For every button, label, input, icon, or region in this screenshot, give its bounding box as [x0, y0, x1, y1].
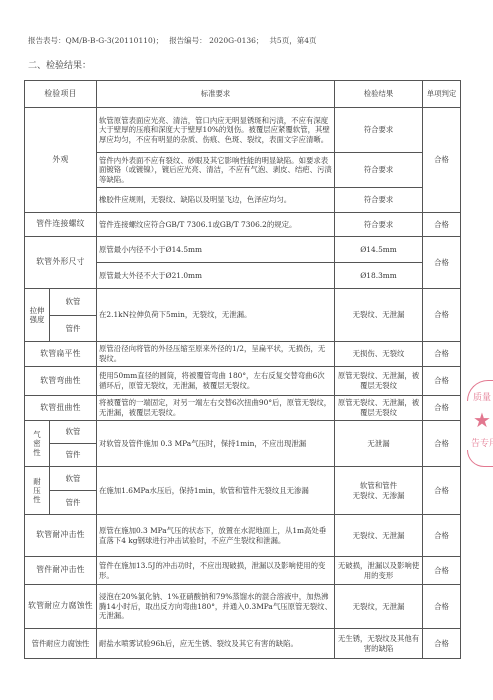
- report-header: 报告表号：QM/B-B-G-3(20110110)；报告编号： 2020G-01…: [28, 35, 322, 46]
- table-row: 管件耐冲击性 管件在施加13.5J的冲击功时，不应出现破损，泄漏以及影响使用的变…: [25, 557, 461, 585]
- result-cell: 无破损，泄漏以及影响使用的变形: [335, 557, 423, 585]
- result-cell: 无损伤、无裂纹: [335, 342, 423, 367]
- table-row: 气密性 软管 对软管及管件施加 0.3 MPa气压时，保持1min，不应出现泄漏…: [25, 421, 461, 444]
- verdict-cell: 合格: [423, 421, 461, 467]
- table-row: 软管扭曲性 将被覆管的一端固定，对另一端左右交替6次扭曲90°后，原管无裂纹，无…: [25, 396, 461, 421]
- verdict-cell: 合格: [423, 515, 461, 557]
- result-cell: 符合要求: [335, 213, 423, 237]
- requirement-cell: 在2.1kN拉伸负荷下5min，无裂纹，无泄漏。: [97, 289, 335, 342]
- result-cell: 软管和管件 无裂纹、无渗漏: [335, 467, 423, 515]
- table-row: 软管弯曲性 使用50mm直径的圆筒，将被覆管弯曲 180°，左右反复交替弯曲6次…: [25, 367, 461, 396]
- result-cell: 无裂纹，无泄漏: [335, 585, 423, 629]
- requirement-cell: 在施加1.6MPa水压后，保持1min，软管和管件无裂纹且无渗漏: [97, 467, 335, 515]
- item-fitting-impact: 管件耐冲击性: [25, 557, 97, 585]
- requirement-cell: 软管原管表面应光亮、清洁，管口内应无明显锈斑和污渍，不应有深度大于壁厚的压痕和深…: [97, 108, 335, 153]
- requirement-cell: 原管在施加0.3 MPa气压的状态下，放置在水泥地面上，从1m高处垂直落下4 k…: [97, 515, 335, 557]
- verdict-cell: 合格: [423, 108, 461, 213]
- table-row: 拉伸强度 软管 在2.1kN拉伸负荷下5min，无裂纹，无泄漏。 无裂纹、无泄漏…: [25, 289, 461, 316]
- item-flatness: 软管扁平性: [25, 342, 97, 367]
- item-tensile: 拉伸强度: [25, 289, 50, 342]
- inspection-results-table: 检验项目 标准要求 检验结果 单项判定 外观 软管原管表面应光亮、清洁，管口内应…: [24, 80, 461, 659]
- table-header-row: 检验项目 标准要求 检验结果 单项判定: [25, 81, 461, 108]
- sub-item-hose: 软管: [50, 421, 97, 444]
- item-appearance: 外观: [25, 108, 97, 213]
- table-row: 软管扁平性 原管沿径向将管的外径压缩至原来外径的1/2，呈扁平状，无损伤，无裂纹…: [25, 342, 461, 367]
- result-cell: 符合要求: [335, 108, 423, 153]
- requirement-cell: 使用50mm直径的圆筒，将被覆管弯曲 180°，左右反复交替弯曲6次循环后，原管…: [97, 367, 335, 396]
- requirement-cell: 管件在施加13.5J的冲击功时，不应出现破损，泄漏以及影响使用的变形。: [97, 557, 335, 585]
- item-hose-impact: 软管耐冲击性: [25, 515, 97, 557]
- requirement-cell: 浸泡在20%氯化钠、1%亚硝酸钠和79%蒸馏水的混合溶液中，加热沸腾14小时后，…: [97, 585, 335, 629]
- requirement-cell: 橡胶件应规则，无裂纹、缺陷以及明显飞边，色泽应均匀。: [97, 188, 335, 213]
- col-header-item: 检验项目: [25, 81, 97, 108]
- verdict-cell: 合格: [423, 367, 461, 396]
- section-title: 二、检验结果：: [28, 58, 91, 71]
- item-hose-corrosion: 软管耐应力腐蚀性: [25, 585, 97, 629]
- requirement-cell: 管件连接螺纹应符合GB/T 7306.1或GB/T 7306.2的规定。: [97, 213, 335, 237]
- result-cell: 原管无裂纹、无泄漏，被覆层无裂纹: [335, 396, 423, 421]
- result-cell: Ø18.3mm: [335, 263, 423, 289]
- item-airtight: 气密性: [25, 421, 50, 467]
- item-pressure-label: 耐压性: [33, 477, 41, 505]
- requirement-cell: 对软管及管件施加 0.3 MPa气压时，保持1min，不应出现泄漏: [97, 421, 335, 467]
- col-header-requirement: 标准要求: [97, 81, 335, 108]
- form-number: 报告表号：QM/B-B-G-3(20110110)；: [28, 36, 163, 45]
- item-fitting-corrosion: 管件耐应力腐蚀性: [25, 629, 97, 659]
- col-header-verdict: 单项判定: [423, 81, 461, 108]
- table-row: 软管耐应力腐蚀性 浸泡在20%氯化钠、1%亚硝酸钠和79%蒸馏水的混合溶液中，加…: [25, 585, 461, 629]
- sub-item-hose: 软管: [50, 289, 97, 316]
- table-row: 软管耐冲击性 原管在施加0.3 MPa气压的状态下，放置在水泥地面上，从1m高处…: [25, 515, 461, 557]
- result-cell: 无裂纹、无泄漏: [335, 289, 423, 342]
- requirement-cell: 原管沿径向将管的外径压缩至原来外径的1/2，呈扁平状，无损伤，无裂纹。: [97, 342, 335, 367]
- official-seal-stamp: 质量 ★ 告专用: [463, 380, 493, 470]
- report-number: 报告编号： 2020G-0136；: [169, 36, 263, 45]
- result-cell: Ø14.5mm: [335, 237, 423, 263]
- table-row: 耐压性 软管 在施加1.6MPa水压后，保持1min，软管和管件无裂纹且无渗漏 …: [25, 467, 461, 491]
- result-cell: 符合要求: [335, 188, 423, 213]
- result-cell: 原管无裂纹、无泄漏，被覆层无裂纹: [335, 367, 423, 396]
- sub-item-fitting: 管件: [50, 316, 97, 342]
- verdict-cell: 合格: [423, 213, 461, 237]
- result-line-2: 无裂纹、无渗漏: [337, 491, 420, 501]
- result-cell: 无泄漏: [335, 421, 423, 467]
- col-header-result: 检验结果: [335, 81, 423, 108]
- verdict-cell: 合格: [423, 342, 461, 367]
- requirement-cell: 管件内外表面不应有裂纹、砂眼及其它影响性能的明显缺陷。如要求表面镀铬（或镀镍），…: [97, 153, 335, 188]
- requirement-cell: 耐盐水喷雾试验96h后，应无生锈、裂纹及其它有害的缺陷。: [97, 629, 335, 659]
- stamp-text-bottom: 告专用: [471, 436, 493, 449]
- verdict-cell: 合格: [423, 585, 461, 629]
- item-torsion: 软管扭曲性: [25, 396, 97, 421]
- table-row: 管件连接螺纹 管件连接螺纹应符合GB/T 7306.1或GB/T 7306.2的…: [25, 213, 461, 237]
- table-row: 管件耐应力腐蚀性 耐盐水喷雾试验96h后，应无生锈、裂纹及其它有害的缺陷。 无生…: [25, 629, 461, 659]
- verdict-cell: 合格: [423, 289, 461, 342]
- stamp-arc-bottom: [467, 450, 493, 467]
- verdict-cell: 合格: [423, 237, 461, 289]
- item-pressure: 耐压性: [25, 467, 50, 515]
- verdict-cell: 合格: [423, 396, 461, 421]
- item-airtight-label: 气密性: [33, 430, 41, 458]
- verdict-cell: 合格: [423, 467, 461, 515]
- requirement-cell: 原管最大外径不大于Ø21.0mm: [97, 263, 335, 289]
- result-cell: 符合要求: [335, 153, 423, 188]
- item-dimensions: 软管外形尺寸: [25, 237, 97, 289]
- verdict-cell: 合格: [423, 629, 461, 659]
- requirement-cell: 将被覆管的一端固定，对另一端左右交替6次扭曲90°后，原管无裂纹，无泄漏，被覆层…: [97, 396, 335, 421]
- sub-item-fitting: 管件: [50, 491, 97, 515]
- requirement-cell: 原管最小内径不小于Ø14.5mm: [97, 237, 335, 263]
- star-icon: ★: [473, 408, 491, 432]
- result-cell: 无生锈，无裂纹及其他有害的缺陷: [335, 629, 423, 659]
- sub-item-hose: 软管: [50, 467, 97, 491]
- page-count: 共5页，第4页: [269, 36, 316, 45]
- sub-item-fitting: 管件: [50, 444, 97, 467]
- item-thread: 管件连接螺纹: [25, 213, 97, 237]
- stamp-text-top: 质量: [473, 390, 491, 403]
- result-cell: 无裂纹、无泄漏: [335, 515, 423, 557]
- table-row: 软管外形尺寸 原管最小内径不小于Ø14.5mm Ø14.5mm 合格: [25, 237, 461, 263]
- item-bending: 软管弯曲性: [25, 367, 97, 396]
- verdict-cell: 合格: [423, 557, 461, 585]
- table-row: 外观 软管原管表面应光亮、清洁，管口内应无明显锈斑和污渍，不应有深度大于壁厚的压…: [25, 108, 461, 153]
- result-line-1: 软管和管件: [337, 481, 420, 491]
